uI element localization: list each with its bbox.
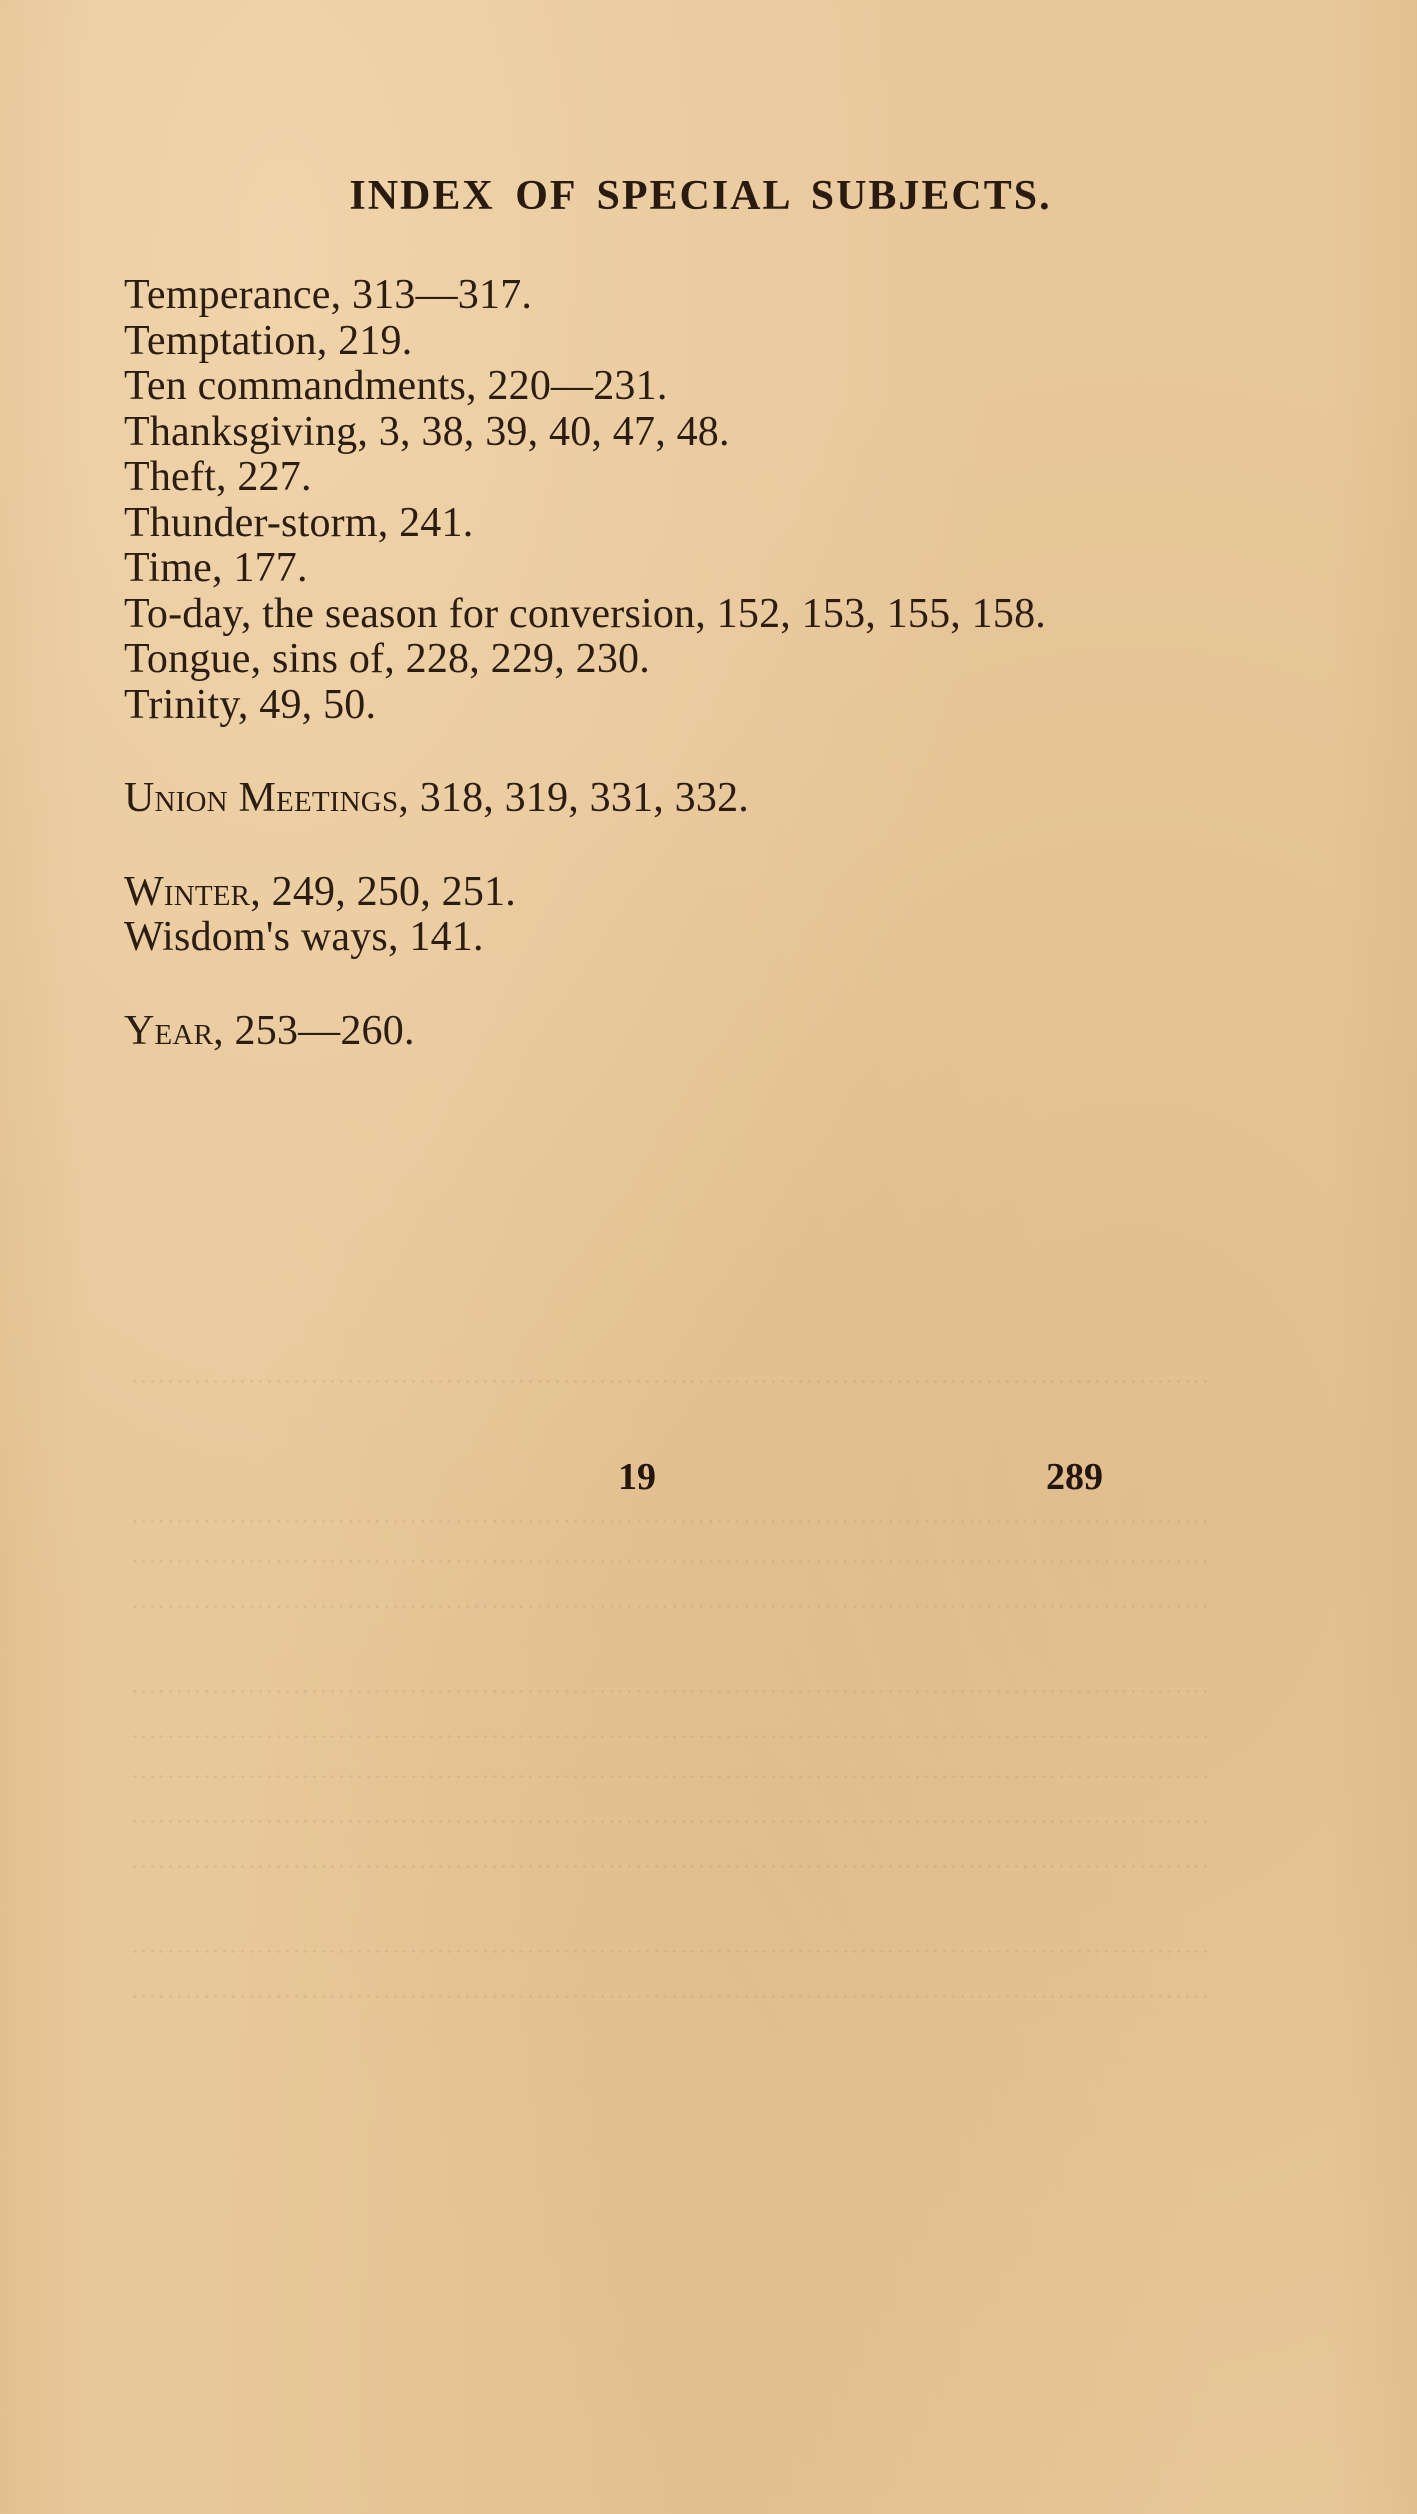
entry-term: Thanksgiving [124, 409, 357, 455]
show-through-line [130, 1380, 1210, 1383]
index-entry-winter: Winter, 249, 250, 251. [124, 870, 1374, 916]
show-through-line [130, 1560, 1210, 1563]
page-number: 289 [1046, 1455, 1103, 1499]
show-through-line [130, 1820, 1210, 1823]
index-entry-year: Year, 253—260. [124, 1009, 1374, 1055]
index-entry-temptation: Temptation, 219. [124, 319, 1374, 365]
show-through-line [130, 1995, 1210, 1998]
running-header: INDEX OF SPECIAL SUBJECTS. [0, 172, 1417, 220]
entry-pages: 227. [237, 454, 311, 500]
entry-pages: 253—260. [235, 1008, 415, 1054]
entry-term: Tongue, sins of [124, 636, 384, 682]
entry-pages: 241. [399, 500, 473, 546]
entry-pages: 219. [338, 318, 412, 364]
index-entry-thunder-storm: Thunder-storm, 241. [124, 501, 1374, 547]
index-entry-tongue: Tongue, sins of, 228, 229, 230. [124, 637, 1374, 683]
index-entries: Temperance, 313—317. Temptation, 219. Te… [124, 273, 1374, 1054]
entry-pages: 49, 50. [259, 682, 376, 728]
index-entry-trinity: Trinity, 49, 50. [124, 683, 1374, 729]
index-entry-wisdoms-ways: Wisdom's ways, 141. [124, 915, 1374, 961]
entry-pages: 152, 153, 155, 158. [717, 591, 1046, 637]
entry-term: Winter [124, 869, 250, 915]
show-through-line [130, 1775, 1210, 1778]
page-title: INDEX OF SPECIAL SUBJECTS. [349, 172, 1051, 220]
entry-term: Trinity [124, 682, 238, 728]
entry-pages: 318, 319, 331, 332. [420, 775, 749, 821]
entry-pages: 220—231. [487, 363, 667, 409]
index-entry-ten-commandments: Ten commandments, 220—231. [124, 364, 1374, 410]
index-entry-theft: Theft, 227. [124, 455, 1374, 501]
entry-pages: 313—317. [352, 272, 532, 318]
index-entry-time: Time, 177. [124, 546, 1374, 592]
entry-pages: 3, 38, 39, 40, 47, 48. [379, 409, 730, 455]
entry-term: Time [124, 545, 212, 591]
index-entry-union-meetings: Union Meetings, 318, 319, 331, 332. [124, 776, 1374, 822]
entry-term: Thunder-storm [124, 500, 378, 546]
entry-term: Wisdom's ways [124, 914, 388, 960]
entry-term: Theft [124, 454, 216, 500]
entry-term: Temperance [124, 272, 331, 318]
index-entry-thanksgiving: Thanksgiving, 3, 38, 39, 40, 47, 48. [124, 410, 1374, 456]
show-through-line [130, 1735, 1210, 1738]
show-through-line [130, 1865, 1210, 1868]
show-through-line [130, 1690, 1210, 1693]
section-gap [124, 822, 1374, 870]
entry-term: Union Meetings [124, 775, 398, 821]
show-through-line [130, 1950, 1210, 1953]
entry-term: Temptation [124, 318, 317, 364]
entry-term: Ten commandments [124, 363, 466, 409]
entry-pages: 228, 229, 230. [406, 636, 650, 682]
section-gap [124, 961, 1374, 1009]
section-gap [124, 728, 1374, 776]
book-page: INDEX OF SPECIAL SUBJECTS. Temperance, 3… [0, 0, 1417, 2514]
index-entry-temperance: Temperance, 313—317. [124, 273, 1374, 319]
entry-term: Year [124, 1008, 213, 1054]
entry-term: To-day, the season for conversion [124, 591, 695, 637]
entry-pages: 141. [409, 914, 483, 960]
entry-pages: 177. [233, 545, 307, 591]
page-footer: 19 289 [0, 1455, 1417, 1515]
entry-pages: 249, 250, 251. [272, 869, 516, 915]
show-through-line [130, 1605, 1210, 1608]
signature-mark: 19 [618, 1455, 656, 1499]
index-entry-to-day: To-day, the season for conversion, 152, … [124, 592, 1374, 638]
show-through-line [130, 1520, 1210, 1523]
